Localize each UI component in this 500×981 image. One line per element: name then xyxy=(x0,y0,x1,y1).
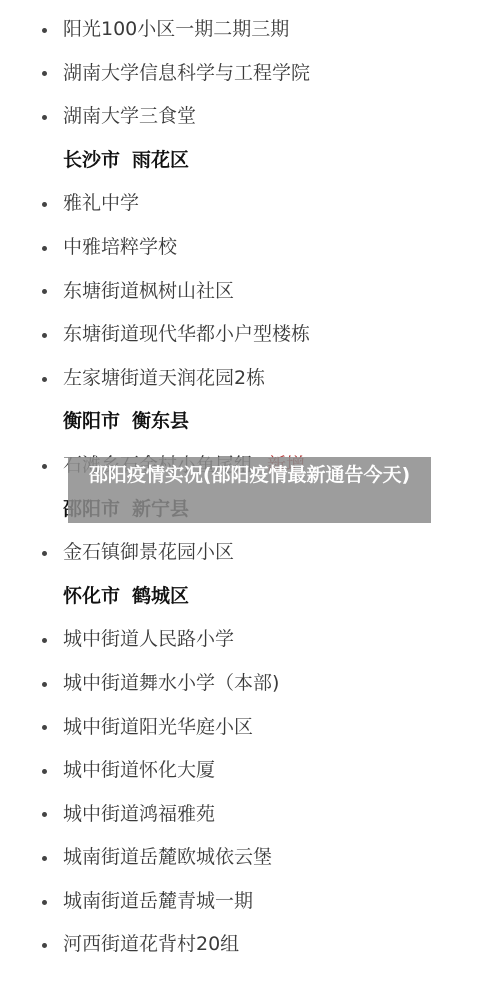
heading-city: 怀化市 xyxy=(63,585,120,607)
list-item: 城中街道阳光华庭小区 xyxy=(0,706,500,750)
bullet-icon xyxy=(42,464,47,469)
list-item: 城南街道岳麓青城一期 xyxy=(0,880,500,924)
list-item-text: 城中街道鸿福雅苑 xyxy=(63,803,215,825)
bullet-icon xyxy=(42,551,47,556)
list-item-text: 湖南大学信息科学与工程学院 xyxy=(63,62,310,84)
bullet-icon xyxy=(42,246,47,251)
list-item: 左家塘街道天润花园2栋 xyxy=(0,357,500,401)
list-item-text: 雅礼中学 xyxy=(63,192,139,214)
list-item-text: 阳光100小区一期二期三期 xyxy=(63,18,289,40)
list-item: 雅礼中学 xyxy=(0,182,500,226)
list-item: 城中街道鸿福雅苑 xyxy=(0,793,500,837)
list-item-text: 东塘街道枫树山社区 xyxy=(63,280,234,302)
list-item: 湖南大学信息科学与工程学院 xyxy=(0,52,500,96)
list-item-text: 左家塘街道天润花园2栋 xyxy=(63,367,265,389)
bullet-icon xyxy=(42,943,47,948)
list-item-text: 金石镇御景花园小区 xyxy=(63,541,234,563)
heading-district: 衡东县 xyxy=(132,410,189,432)
list-item: 城中街道舞水小学（本部) xyxy=(0,662,500,706)
bullet-icon xyxy=(42,812,47,817)
list-item: 阳光100小区一期二期三期 xyxy=(0,8,500,52)
list-item-text: 城南街道岳麓欧城依云堡 xyxy=(63,846,272,868)
list-item-text: 城中街道舞水小学（本部) xyxy=(63,672,279,694)
list-item-text: 东塘街道现代华都小户型楼栋 xyxy=(63,323,310,345)
bullet-icon xyxy=(42,900,47,905)
list-item: 河西街道花背村20组 xyxy=(0,923,500,967)
bullet-icon xyxy=(42,638,47,643)
bullet-icon xyxy=(42,769,47,774)
list-item-text: 湖南大学三食堂 xyxy=(63,105,196,127)
bullet-icon xyxy=(42,856,47,861)
section-heading: 怀化市鹤城区 xyxy=(0,575,500,619)
overlay-title: 邵阳疫情实况(邵阳疫情最新通告今天) xyxy=(89,464,410,486)
heading-district: 雨花区 xyxy=(132,149,189,171)
bullet-icon xyxy=(42,725,47,730)
bullet-icon xyxy=(42,377,47,382)
bullet-icon xyxy=(42,28,47,33)
bullet-icon xyxy=(42,202,47,207)
list-item: 东塘街道现代华都小户型楼栋 xyxy=(0,313,500,357)
heading-district: 鹤城区 xyxy=(132,585,189,607)
list-item-text: 城中街道阳光华庭小区 xyxy=(63,716,253,738)
heading-city: 长沙市 xyxy=(63,149,120,171)
list-item: 城中街道怀化大厦 xyxy=(0,749,500,793)
list-item: 金石镇御景花园小区 xyxy=(0,531,500,575)
bullet-icon xyxy=(42,289,47,294)
list-item: 城中街道人民路小学 xyxy=(0,618,500,662)
bullet-icon xyxy=(42,115,47,120)
list-item: 中雅培粹学校 xyxy=(0,226,500,270)
bullet-icon xyxy=(42,71,47,76)
list-item-text: 城南街道岳麓青城一期 xyxy=(63,890,253,912)
section-heading: 长沙市雨花区 xyxy=(0,139,500,183)
list-item-text: 河西街道花背村20组 xyxy=(63,933,239,955)
heading-city: 衡阳市 xyxy=(63,410,120,432)
list-item: 湖南大学三食堂 xyxy=(0,95,500,139)
list-item-text: 中雅培粹学校 xyxy=(63,236,177,258)
section-heading: 衡阳市衡东县 xyxy=(0,400,500,444)
bullet-icon xyxy=(42,682,47,687)
title-overlay-banner: 邵阳疫情实况(邵阳疫情最新通告今天) xyxy=(68,457,431,523)
list-item-text: 城中街道人民路小学 xyxy=(63,628,234,650)
list-item: 东塘街道枫树山社区 xyxy=(0,270,500,314)
list-item-text: 城中街道怀化大厦 xyxy=(63,759,215,781)
list-item: 城南街道岳麓欧城依云堡 xyxy=(0,836,500,880)
bullet-icon xyxy=(42,333,47,338)
